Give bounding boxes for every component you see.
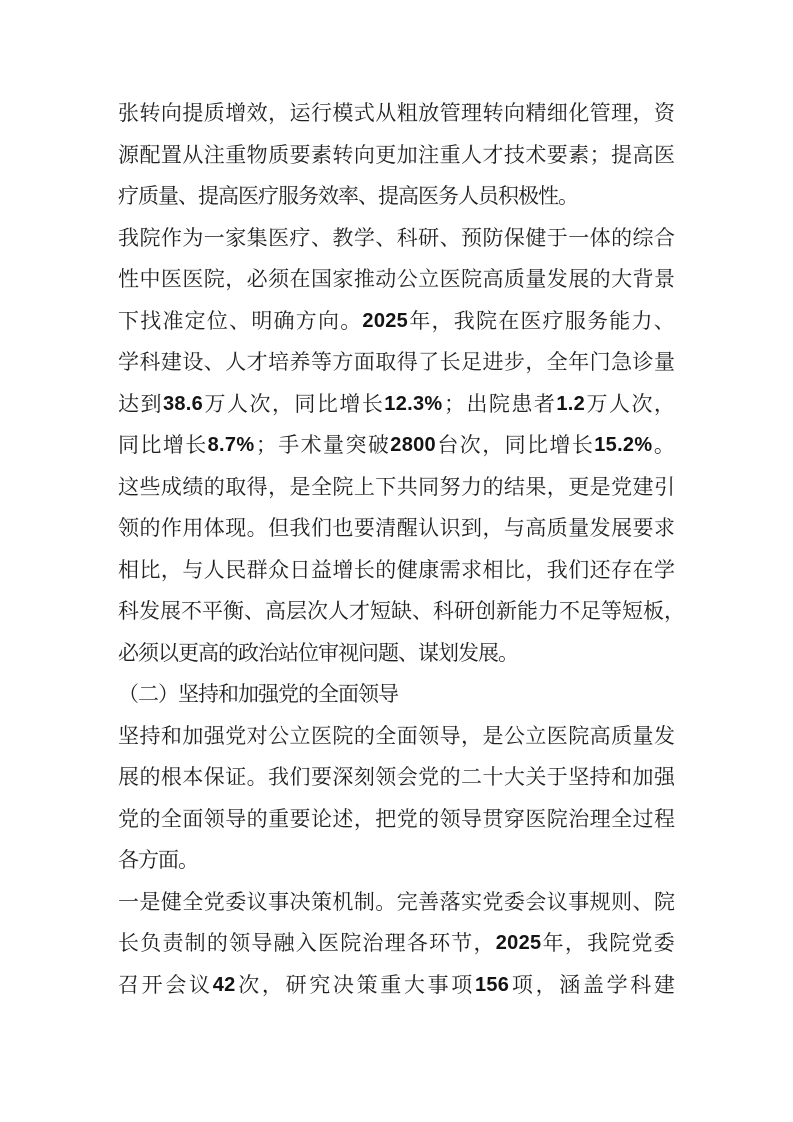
text-line: 源配置从注重物质要素转向更加注重人才技术要素；提高医 bbox=[118, 135, 675, 177]
paragraph-hospital-overview: 我院作为一家集医疗、教学、科研、预防保健于一体的综合性中医医院，必须在国家推动公… bbox=[118, 218, 675, 675]
paragraph-party-leadership: 坚持和加强党对公立医院的全面领导，是公立医院高质量发展的根本保证。我们要深刻领会… bbox=[118, 716, 675, 882]
text-line: 一是健全党委议事决策机制。完善落实党委会议事规则、院 bbox=[118, 882, 675, 924]
numeric-text: 2800 bbox=[390, 425, 436, 467]
text-line: 张转向提质增效，运行模式从粗放管理转向精细化管理，资 bbox=[118, 93, 675, 135]
text-line: 展的根本保证。我们要深刻领会党的二十大关于坚持和加强 bbox=[118, 757, 675, 799]
text-line: 性中医医院，必须在国家推动公立医院高质量发展的大背景 bbox=[118, 259, 675, 301]
numeric-text: 15.2% bbox=[594, 425, 652, 467]
text-line: 疗质量、提高医疗服务效率、提高医务人员积极性。 bbox=[118, 176, 675, 218]
numeric-text: 1.2 bbox=[556, 384, 585, 426]
document-body: 张转向提质增效，运行模式从粗放管理转向精细化管理，资源配置从注重物质要素转向更加… bbox=[118, 93, 675, 1006]
text-line: 达到38.6万人次，同比增长12.3%；出院患者1.2万人次， bbox=[118, 384, 675, 426]
numeric-text: 8.7% bbox=[208, 425, 255, 467]
paragraph-continued-paragraph: 张转向提质增效，运行模式从粗放管理转向精细化管理，资源配置从注重物质要素转向更加… bbox=[118, 93, 675, 218]
text-line: 同比增长8.7%；手术量突破2800台次，同比增长15.2%。 bbox=[118, 425, 675, 467]
text-line: 各方面。 bbox=[118, 840, 675, 882]
text-line: 学科建设、人才培养等方面取得了长足进步，全年门急诊量 bbox=[118, 342, 675, 384]
text-line: 下找准定位、明确方向。2025年，我院在医疗服务能力、 bbox=[118, 301, 675, 343]
text-line: （二）坚持和加强党的全面领导 bbox=[118, 674, 675, 716]
paragraph-decision-mechanism: 一是健全党委议事决策机制。完善落实党委会议事规则、院长负责制的领导融入医院治理各… bbox=[118, 882, 675, 1007]
text-line: 必须以更高的政治站位审视问题、谋划发展。 bbox=[118, 633, 675, 675]
text-line: 长负责制的领导融入医院治理各环节，2025年，我院党委 bbox=[118, 923, 675, 965]
text-line: 党的全面领导的重要论述，把党的领导贯穿医院治理全过程 bbox=[118, 799, 675, 841]
numeric-text: 42 bbox=[213, 965, 236, 1007]
paragraph-section-heading-2: （二）坚持和加强党的全面领导 bbox=[118, 674, 675, 716]
text-line: 相比，与人民群众日益增长的健康需求相比，我们还存在学 bbox=[118, 550, 675, 592]
text-line: 坚持和加强党对公立医院的全面领导，是公立医院高质量发 bbox=[118, 716, 675, 758]
numeric-text: 38.6 bbox=[163, 384, 203, 426]
numeric-text: 156 bbox=[475, 965, 509, 1007]
numeric-text: 2025 bbox=[496, 923, 542, 965]
text-line: 这些成绩的取得，是全院上下共同努力的结果，更是党建引 bbox=[118, 467, 675, 509]
document-page: 张转向提质增效，运行模式从粗放管理转向精细化管理，资源配置从注重物质要素转向更加… bbox=[0, 0, 793, 1122]
numeric-text: 2025 bbox=[362, 301, 408, 343]
text-line: 我院作为一家集医疗、教学、科研、预防保健于一体的综合 bbox=[118, 218, 675, 260]
text-line: 领的作用体现。但我们也要清醒认识到，与高质量发展要求 bbox=[118, 508, 675, 550]
text-line: 科发展不平衡、高层次人才短缺、科研创新能力不足等短板， bbox=[118, 591, 675, 633]
numeric-text: 12.3% bbox=[384, 384, 442, 426]
text-line: 召开会议42次，研究决策重大事项156项，涵盖学科建 bbox=[118, 965, 675, 1007]
